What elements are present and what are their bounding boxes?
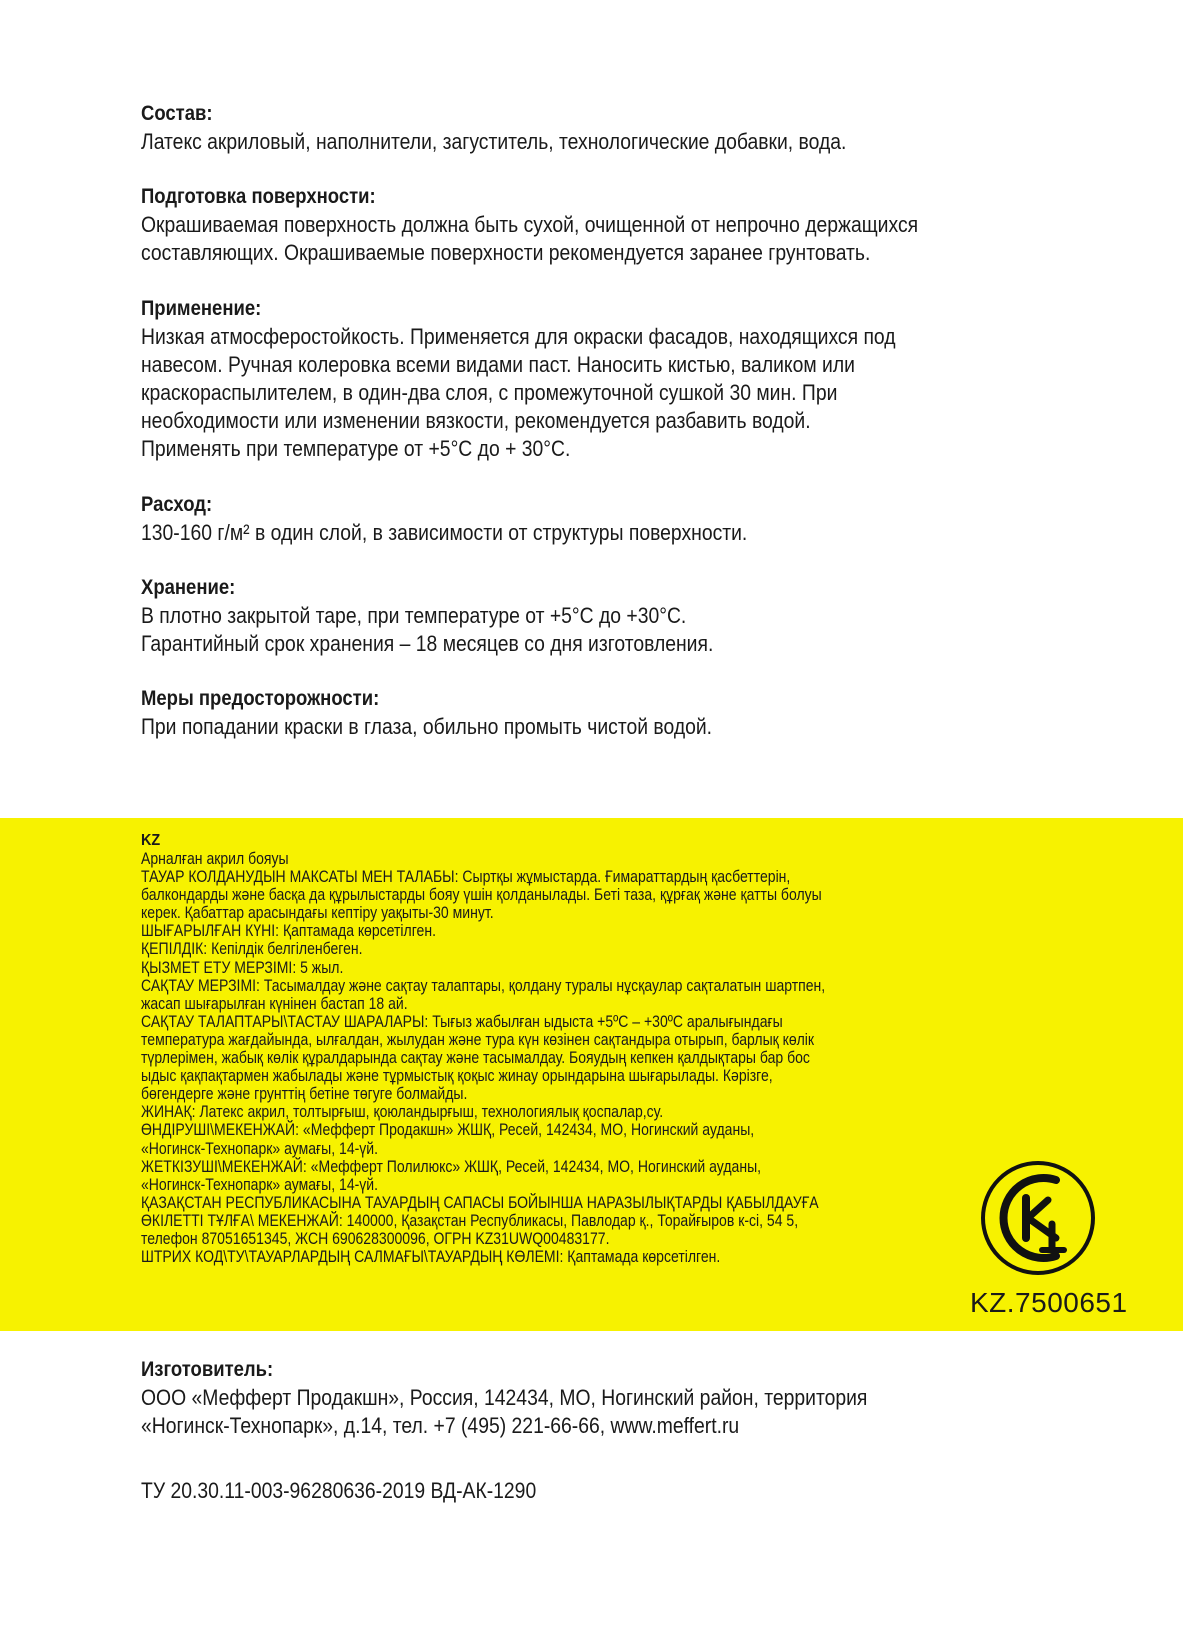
manufacturer-text: ООО «Мефферт Продакшн», Россия, 142434, … bbox=[141, 1384, 1001, 1412]
kazakh-lines: Арналған акрил бояуыТАУАР КОЛДАНУДЫН МАК… bbox=[141, 850, 961, 1266]
kazakh-text-line: температура жағдайында, ылғалдан, жылуда… bbox=[141, 1031, 838, 1049]
certification-mark: KZ.7500651 bbox=[968, 1158, 1148, 1318]
kazakh-text-line: жасап шығарылған күнінен бастап 18 ай. bbox=[141, 995, 838, 1013]
section-surface-preparation: Подготовка поверхности: Окрашиваемая пов… bbox=[141, 183, 1141, 267]
kazakh-text-block: KZ Арналған акрил бояуыТАУАР КОЛДАНУДЫН … bbox=[141, 832, 961, 1266]
kazakh-text-line: ШЫҒАРЫЛҒАН КҮНІ: Қаптамада көрсетілген. bbox=[141, 922, 838, 940]
section-text: Применять при температуре от +5°C до + 3… bbox=[141, 435, 1001, 463]
section-text: необходимости или изменении вязкости, ре… bbox=[141, 407, 1001, 435]
section-application: Применение: Низкая атмосферостойкость. П… bbox=[141, 295, 1141, 464]
kazakh-info-band: KZ Арналған акрил бояуыТАУАР КОЛДАНУДЫН … bbox=[0, 818, 1183, 1331]
kazakh-text-line: ыдыс қақпақтармен жабылады және тұрмысты… bbox=[141, 1067, 838, 1085]
section-title: Расход: bbox=[141, 491, 1021, 519]
section-composition: Состав: Латекс акриловый, наполнители, з… bbox=[141, 100, 1141, 156]
section-title: Хранение: bbox=[141, 574, 1021, 602]
section-text: 130-160 г/м² в один слой, в зависимости … bbox=[141, 519, 1001, 547]
kazakh-text-line: балкондарды және басқа да құрылыстарды б… bbox=[141, 886, 838, 904]
section-precautions: Меры предосторожности: При попадании кра… bbox=[141, 685, 1141, 741]
section-text: Гарантийный срок хранения – 18 месяцев с… bbox=[141, 630, 1001, 658]
kazakh-text-line: Арналған акрил бояуы bbox=[141, 850, 838, 868]
russian-product-info: Состав: Латекс акриловый, наполнители, з… bbox=[141, 100, 1141, 768]
kz-certification-mark-icon bbox=[978, 1158, 1098, 1278]
kazakh-text-line: ҚАЗАҚСТАН РЕСПУБЛИКАСЫНА ТАУАРДЫҢ САПАСЫ… bbox=[141, 1194, 838, 1212]
section-consumption: Расход: 130-160 г/м² в один слой, в зави… bbox=[141, 491, 1141, 547]
section-text: краскораспылителем, в один-два слоя, с п… bbox=[141, 379, 1001, 407]
section-text: В плотно закрытой таре, при температуре … bbox=[141, 602, 1001, 630]
kazakh-text-line: ҚЕПІЛДІК: Кепілдік белгіленбеген. bbox=[141, 940, 838, 958]
language-tag: KZ bbox=[141, 832, 879, 850]
manufacturer-title: Изготовитель: bbox=[141, 1356, 1021, 1384]
kazakh-text-line: САҚТАУ МЕРЗІМІ: Тасымалдау және сақтау т… bbox=[141, 977, 838, 995]
kazakh-text-line: ҚЫЗМЕТ ЕТУ МЕРЗІМІ: 5 жыл. bbox=[141, 959, 838, 977]
certification-code: KZ.7500651 bbox=[968, 1288, 1148, 1318]
section-text: При попадании краски в глаза, обильно пр… bbox=[141, 713, 1001, 741]
section-title: Подготовка поверхности: bbox=[141, 183, 1021, 211]
kazakh-text-line: бөгендерге және грунттің бетіне төгуге б… bbox=[141, 1085, 838, 1103]
kazakh-text-line: керек. Қабаттар арасындағы кептіру уақыт… bbox=[141, 904, 838, 922]
kazakh-text-line: түрлерімен, жабық көлік құралдарында сақ… bbox=[141, 1049, 838, 1067]
section-title: Состав: bbox=[141, 100, 1021, 128]
technical-spec-line: ТУ 20.30.11-003-96280636-2019 ВД-АК-1290 bbox=[141, 1477, 536, 1505]
section-text: Окрашиваемая поверхность должна быть сух… bbox=[141, 211, 1001, 239]
section-title: Меры предосторожности: bbox=[141, 685, 1021, 713]
kazakh-text-line: ШТРИХ КОД\ТУ\ТАУАРЛАРДЫҢ САЛМАҒЫ\ТАУАРДЫ… bbox=[141, 1248, 838, 1266]
section-text: Низкая атмосферостойкость. Применяется д… bbox=[141, 323, 1001, 351]
manufacturer-text: «Ногинск-Технопарк», д.14, тел. +7 (495)… bbox=[141, 1412, 1001, 1440]
section-text: составляющих. Окрашиваемые поверхности р… bbox=[141, 239, 1001, 267]
kazakh-text-line: «Ногинск-Технопарк» аумағы, 14-үй. bbox=[141, 1140, 838, 1158]
kazakh-text-line: САҚТАУ ТАЛАПТАРЫ\ТАСТАУ ШАРАЛАРЫ: Тығыз … bbox=[141, 1013, 838, 1031]
section-text: Латекс акриловый, наполнители, загустите… bbox=[141, 128, 1001, 156]
section-text: навесом. Ручная колеровка всеми видами п… bbox=[141, 351, 1001, 379]
kazakh-text-line: ЖЕТКІЗУШІ\МЕКЕНЖАЙ: «Мефферт Полилюкс» Ж… bbox=[141, 1158, 838, 1176]
kazakh-text-line: «Ногинск-Технопарк» аумағы, 14-үй. bbox=[141, 1176, 838, 1194]
kazakh-text-line: ӨНДІРУШІ\МЕКЕНЖАЙ: «Мефферт Продакшн» ЖШ… bbox=[141, 1121, 838, 1139]
kazakh-text-line: ЖИНАҚ: Латекс акрил, толтырғыш, қоюланды… bbox=[141, 1103, 838, 1121]
section-storage: Хранение: В плотно закрытой таре, при те… bbox=[141, 574, 1141, 658]
section-title: Применение: bbox=[141, 295, 1021, 323]
manufacturer-block: Изготовитель: ООО «Мефферт Продакшн», Ро… bbox=[141, 1356, 1141, 1440]
kazakh-text-line: телефон 87051651345, ЖСН 690628300096, О… bbox=[141, 1230, 838, 1248]
kazakh-text-line: ТАУАР КОЛДАНУДЫН МАКСАТЫ МЕН ТАЛАБЫ: Сыр… bbox=[141, 868, 838, 886]
kazakh-text-line: ӨКІЛЕТТІ ТҰЛҒА\ МЕКЕНЖАЙ: 140000, Қазақс… bbox=[141, 1212, 838, 1230]
